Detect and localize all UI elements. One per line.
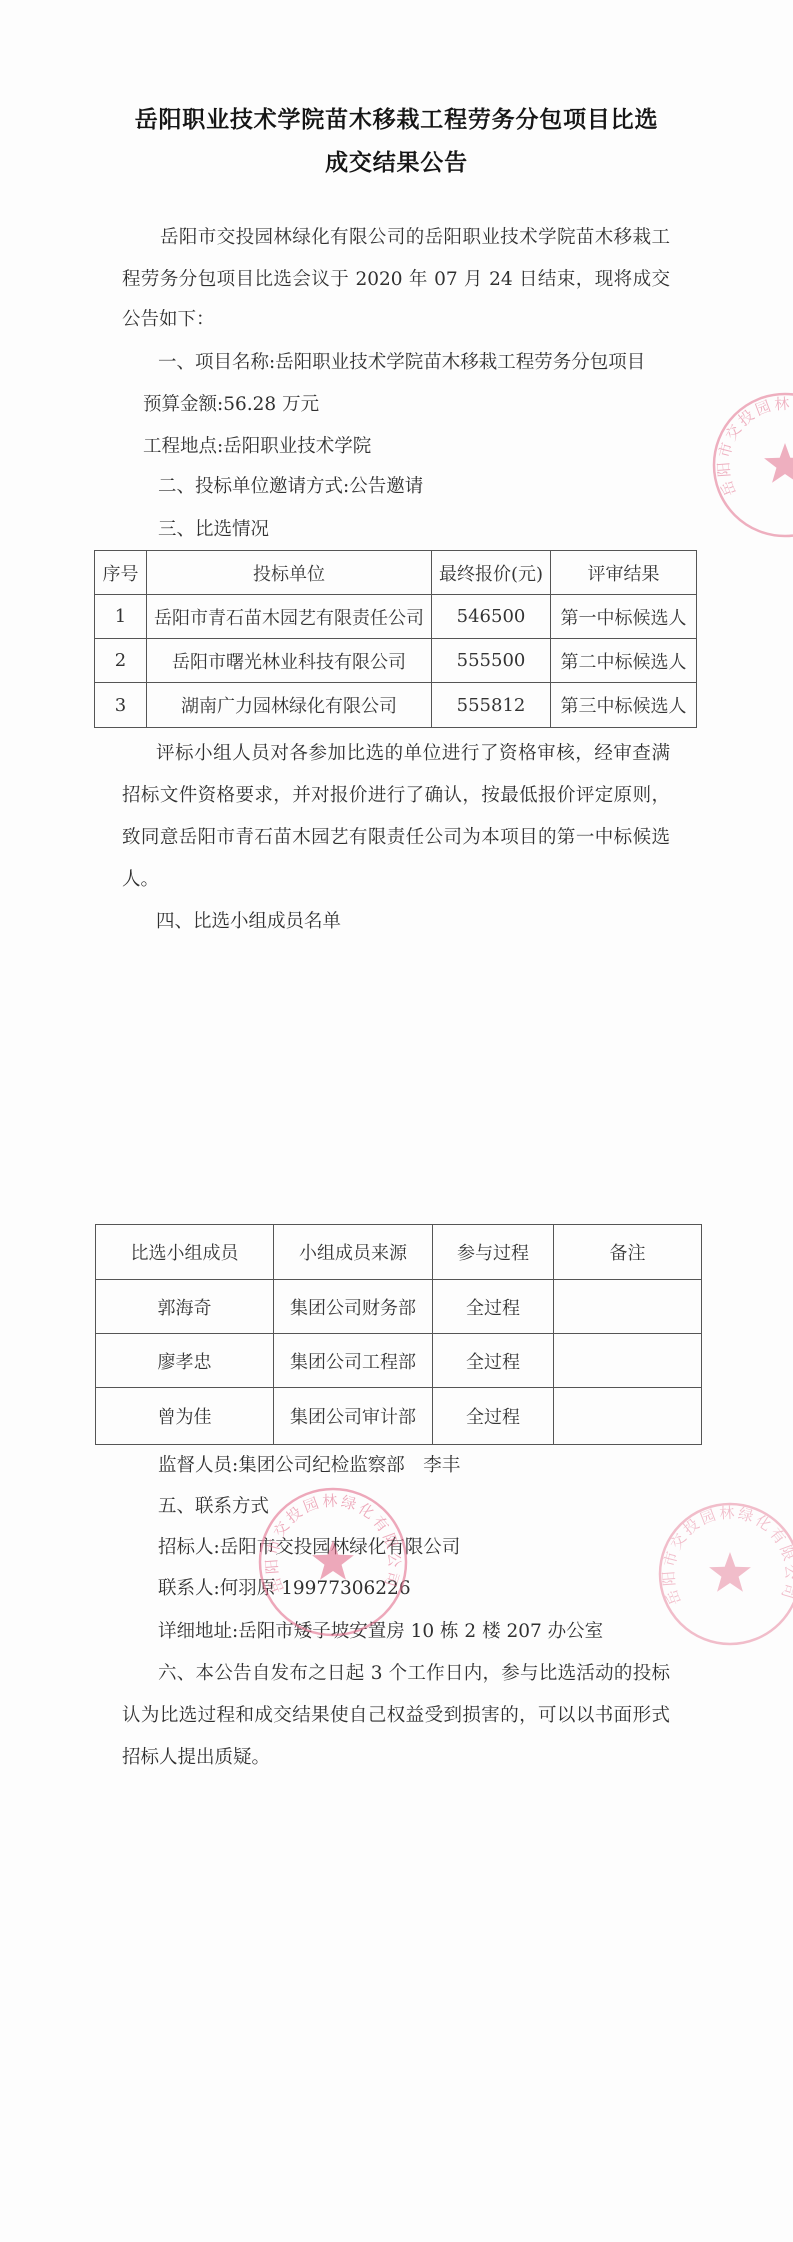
invitation-method: 二、投标单位邀请方式:公告邀请 [158, 475, 423, 499]
company-seal-top-right: 岳阳市交投园林绿化有限公司 [705, 385, 793, 545]
cell-participation: 全过程 [433, 1280, 554, 1334]
evaluation-line-3: 致同意岳阳市青石苗木园艺有限责任公司为本项目的第一中标候选 [122, 826, 670, 850]
svg-text:岳阳市交投园林绿化有限公司: 岳阳市交投园林绿化有限公司 [715, 395, 793, 499]
cell-bidder: 岳阳市青石苗木园艺有限责任公司 [147, 595, 432, 639]
cell-serial: 3 [95, 683, 147, 728]
header-serial: 序号 [95, 551, 147, 595]
objection-line-3: 招标人提出质疑。 [122, 1746, 270, 1770]
table-row: 1 岳阳市青石苗木园艺有限责任公司 546500 第一中标候选人 [95, 595, 697, 639]
table-header-row: 序号 投标单位 最终报价(元) 评审结果 [95, 551, 697, 595]
cell-price: 546500 [432, 595, 551, 639]
company-seal-bottom-right: 岳阳市交投园林绿化有限公司 [650, 1494, 793, 1654]
cell-serial: 2 [95, 639, 147, 683]
objection-line-1: 六、本公告自发布之日起 3 个工作日内，参与比选活动的投标人 [158, 1662, 670, 1686]
seal-text: 岳阳市交投园林绿化有限公司 [715, 395, 793, 499]
company-seal-center: 岳阳市交投园林绿化有限公司 [253, 1482, 413, 1642]
cell-bidder: 湖南广力园林绿化有限公司 [147, 683, 432, 728]
intro-line-1: 岳阳市交投园林绿化有限公司的岳阳职业技术学院苗木移栽工 [160, 226, 670, 250]
cell-remarks [554, 1388, 702, 1445]
intro-line-3: 公告如下： [122, 308, 215, 332]
objection-line-2: 认为比选过程和成交结果使自己权益受到损害的，可以以书面形式向 [122, 1704, 670, 1728]
cell-serial: 1 [95, 595, 147, 639]
bid-results-table: 序号 投标单位 最终报价(元) 评审结果 1 岳阳市青石苗木园艺有限责任公司 5… [94, 550, 697, 728]
section-4-heading: 四、比选小组成员名单 [156, 910, 341, 934]
header-remarks: 备注 [554, 1225, 702, 1280]
address-line: 详细地址:岳阳市矮子坡安置房 10 栋 2 楼 207 办公室 [158, 1620, 603, 1644]
seal-text: 岳阳市交投园林绿化有限公司 [660, 1504, 793, 1608]
cell-participation: 全过程 [433, 1334, 554, 1388]
cell-remarks [554, 1280, 702, 1334]
contact-line: 联系人:何羽原 19977306226 [158, 1577, 411, 1601]
header-member-source: 小组成员来源 [274, 1225, 433, 1280]
table-row: 3 湖南广力园林绿化有限公司 555812 第三中标候选人 [95, 683, 697, 728]
panel-members-table: 比选小组成员 小组成员来源 参与过程 备注 郭海奇 集团公司财务部 全过程 廖孝… [95, 1224, 702, 1445]
intro-line-2: 程劳务分包项目比选会议于 2020 年 07 月 24 日结束，现将成交结果 [122, 268, 670, 292]
table-row: 曾为佳 集团公司审计部 全过程 [96, 1388, 702, 1445]
cell-result: 第三中标候选人 [551, 683, 697, 728]
cell-remarks [554, 1334, 702, 1388]
section-3-heading: 三、比选情况 [158, 518, 269, 542]
tenderer-line: 招标人:岳阳市交投园林绿化有限公司 [158, 1536, 460, 1560]
table-row: 廖孝忠 集团公司工程部 全过程 [96, 1334, 702, 1388]
evaluation-line-4: 人。 [122, 868, 159, 892]
star-icon [709, 1552, 751, 1592]
supervisor-line: 监督人员:集团公司纪检监察部 李丰 [158, 1454, 460, 1478]
svg-text:岳阳市交投园林绿化有限公司: 岳阳市交投园林绿化有限公司 [660, 1504, 793, 1608]
cell-member: 郭海奇 [96, 1280, 274, 1334]
cell-source: 集团公司审计部 [274, 1388, 433, 1445]
table-header-row: 比选小组成员 小组成员来源 参与过程 备注 [96, 1225, 702, 1280]
header-review-result: 评审结果 [551, 551, 697, 595]
cell-member: 廖孝忠 [96, 1334, 274, 1388]
project-name: 一、项目名称:岳阳职业技术学院苗木移栽工程劳务分包项目 [158, 351, 645, 375]
evaluation-line-2: 招标文件资格要求，并对报价进行了确认，按最低报价评定原则，一 [122, 784, 670, 808]
document-title-line-1: 岳阳职业技术学院苗木移栽工程劳务分包项目比选 [0, 106, 793, 134]
cell-result: 第一中标候选人 [551, 595, 697, 639]
cell-price: 555812 [432, 683, 551, 728]
header-bidder: 投标单位 [147, 551, 432, 595]
header-participation: 参与过程 [433, 1225, 554, 1280]
section-5-heading: 五、联系方式 [158, 1495, 269, 1519]
document-title-line-2: 成交结果公告 [0, 149, 793, 177]
header-member: 比选小组成员 [96, 1225, 274, 1280]
header-final-price: 最终报价(元) [432, 551, 551, 595]
project-location: 工程地点:岳阳职业技术学院 [143, 435, 371, 459]
cell-bidder: 岳阳市曙光林业科技有限公司 [147, 639, 432, 683]
cell-participation: 全过程 [433, 1388, 554, 1445]
cell-member: 曾为佳 [96, 1388, 274, 1445]
evaluation-line-1: 评标小组人员对各参加比选的单位进行了资格审核，经审查满足 [156, 742, 670, 766]
cell-result: 第二中标候选人 [551, 639, 697, 683]
cell-source: 集团公司工程部 [274, 1334, 433, 1388]
table-row: 2 岳阳市曙光林业科技有限公司 555500 第二中标候选人 [95, 639, 697, 683]
cell-price: 555500 [432, 639, 551, 683]
budget-amount: 预算金额:56.28 万元 [143, 393, 319, 417]
cell-source: 集团公司财务部 [274, 1280, 433, 1334]
table-row: 郭海奇 集团公司财务部 全过程 [96, 1280, 702, 1334]
star-icon [764, 443, 793, 483]
